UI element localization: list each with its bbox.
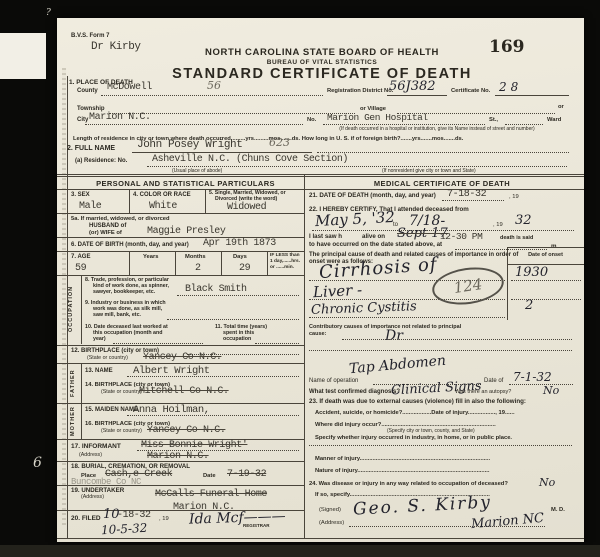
industry-rule [167, 319, 299, 320]
last-worked-rule [113, 343, 203, 344]
city-rule [85, 124, 303, 125]
section-rule-top [57, 174, 584, 175]
margin-mark-left: 6 [33, 455, 42, 471]
occurred-rule [455, 249, 547, 250]
occurred-label: to have occurred on the date stated abov… [309, 242, 442, 249]
informant-address-label: (Address) [79, 453, 102, 459]
filed-date-hand: 10-5-32 [101, 522, 148, 536]
form-bottom-border [57, 538, 584, 539]
scan-corner-patch [0, 33, 46, 79]
certificate-rule [495, 95, 569, 96]
county-value: McDowell [107, 83, 152, 93]
occupation-side-label: OCCUPATION [68, 277, 74, 341]
contributory-hand: Dr [385, 329, 403, 343]
race-label: 4. COLOR OR RACE [133, 192, 191, 199]
attended-from-hand: May 5, '32 [315, 210, 396, 229]
mother-state-label: (State or country) [101, 429, 142, 435]
cell-divider [221, 251, 222, 275]
physician-signature: Geo. S. Kirby [353, 494, 493, 518]
last-worked-label-3: year) [93, 337, 106, 343]
cause-line-3-onset-hand: 2 [525, 299, 533, 312]
cell-divider [205, 189, 206, 213]
spouse-label-2: HUSBAND of [89, 223, 126, 230]
onset-rule-1 [511, 280, 581, 281]
address-label: (Address) [319, 520, 344, 526]
registrar-signature: Ida Mcf——— [189, 509, 286, 526]
occupation-question: 24. Was disease or injury in any way rel… [309, 481, 508, 487]
age-years-label: Years [143, 254, 158, 260]
mother-name-rule [127, 415, 299, 416]
contributory-label-2: cause: [309, 331, 326, 337]
doctor-annotation: Dr Kirby [91, 42, 141, 53]
father-name-value: Albert Wright [133, 366, 210, 377]
mother-birthplace-value: Yancey Co N.C. [147, 426, 225, 436]
dob-value: Apr 19th 1873 [203, 239, 276, 249]
cell-divider [175, 251, 176, 275]
operation-hand: Tap Abdomen [349, 354, 447, 376]
st-label: St., [489, 117, 498, 123]
md-label: M. D. [551, 507, 565, 513]
autopsy-hand: No [543, 385, 559, 396]
father-birthplace-value: Mitchell Co N.C. [139, 387, 229, 397]
or-label: or [558, 104, 564, 110]
full-name-pencil-code: 623 [269, 137, 290, 148]
page-number: 169 [489, 38, 525, 57]
contributory-rule-2 [309, 350, 572, 351]
filed-label: 20. FILED [71, 515, 101, 522]
age-months-value: 2 [195, 264, 201, 274]
sex-label: 3. SEX [71, 192, 90, 199]
undertaker-value: McCalls Funeral Home [155, 490, 267, 500]
margin-mark-top: ? [46, 8, 51, 18]
marital-value: Widowed [227, 203, 266, 213]
burial-date-label: Date [203, 473, 216, 479]
cause-rule-3 [309, 317, 505, 318]
certificate-title: STANDARD CERTIFICATE OF DEATH [137, 67, 507, 83]
row-rule [57, 213, 304, 214]
spouse-label-1: 5a. If married, widowed, or divorced [71, 216, 170, 222]
filed-date-value: -18-32 [117, 511, 151, 521]
mother-strip-divider [81, 403, 82, 439]
district-rule [387, 95, 447, 96]
operation-date-rule [509, 384, 573, 385]
full-name-rule-2 [317, 152, 569, 153]
if-less-label-3: or ......min. [270, 265, 294, 270]
if-less-label-1: IF LESS than [270, 253, 300, 258]
org-name: NORTH CAROLINA STATE BOARD OF HEALTH [157, 48, 487, 58]
street-no-label: No. [307, 117, 316, 123]
city-value: Marion N.C. [89, 113, 151, 123]
row-rule [57, 345, 304, 346]
certificate-no-value: 28 [499, 81, 522, 93]
residence-rule [147, 166, 567, 167]
alive-on-label: alive on [362, 234, 385, 241]
mother-name-label: 15. MAIDEN NAME [85, 407, 138, 414]
onset-box-label: Date of onset [507, 252, 584, 258]
full-name-rule [132, 152, 312, 153]
attended-to-year-hand: 32 [515, 214, 532, 227]
manner-line: Manner of injury........................… [315, 456, 490, 462]
dod-value: 7-18-32 [447, 190, 486, 200]
registration-district-value: 56J382 [389, 80, 436, 93]
onset-box-top [507, 247, 584, 248]
address-hand: Marion NC [471, 512, 545, 531]
father-name-rule [127, 376, 299, 377]
occupation-answer-hand: No [539, 477, 555, 488]
informant-label: 17. INFORMANT [71, 443, 121, 450]
father-strip-divider [81, 363, 82, 403]
scan-background: ? 6 B.V.S. Form 7 Dr Kirby NORTH CAROLIN… [0, 0, 600, 557]
row-rule [57, 275, 304, 276]
total-time-rule [255, 343, 299, 344]
accident-line: Accident, suicide, or homicide?.........… [315, 410, 515, 416]
filed-year-label: , 19 [159, 516, 169, 522]
age-days-value: 29 [239, 264, 250, 274]
sex-value: Male [79, 202, 101, 212]
undertaker-address-label: (Address) [81, 495, 104, 501]
operation-date-hand: 7-1-32 [513, 371, 552, 383]
residence-value: Asheville N.C. (Chuns Cove Section) [152, 155, 348, 165]
total-time-label-3: occupation [223, 337, 251, 343]
street-rule [323, 124, 485, 125]
cell-divider [129, 251, 130, 275]
full-name-label: 2. FULL NAME [67, 145, 115, 153]
to-year-label: , 19 [493, 222, 503, 228]
last-saw-label: I last saw h [309, 234, 342, 241]
trade-rule [177, 295, 299, 296]
cause-line-1-onset-hand: 1930 [515, 266, 548, 279]
burial-date-value: 7-19-32 [227, 470, 266, 480]
ward-rule [505, 124, 543, 125]
trade-value: Black Smith [185, 285, 247, 295]
residence-label: (a) Residence: No. [75, 158, 127, 165]
registration-district-label: Registration District No. [327, 88, 393, 94]
county-rule [101, 95, 323, 96]
operation-date-label: Date of [484, 378, 503, 385]
race-value: White [149, 202, 177, 212]
mother-side-label: MOTHER [70, 405, 76, 437]
personal-section-title: PERSONAL AND STATISTICAL PARTICULARS [67, 180, 304, 188]
county-label: County [77, 88, 98, 95]
external-label: 23. If death was due to external causes … [309, 399, 526, 406]
where-note: (Specify city or town, county, and State… [387, 429, 475, 435]
section-rule-bottom [57, 189, 584, 190]
scan-bottom-strip [0, 545, 600, 557]
medical-section-title: MEDICAL CERTIFICATE OF DEATH [304, 180, 580, 188]
age-years-value: 59 [75, 264, 86, 274]
cause-line-2-hand: Liver - [313, 283, 363, 301]
father-name-label: 13. NAME [85, 368, 113, 375]
section-rule-top-2 [57, 176, 584, 177]
autopsy-label: Was there an autopsy? [455, 389, 511, 395]
test-label: What test confirmed diagnosis? [309, 389, 400, 396]
margin-instruction-strip [62, 68, 66, 528]
spouse-value: Maggie Presley [147, 227, 225, 237]
onset-rule-2 [511, 299, 581, 300]
row-rule [57, 485, 304, 486]
death-said-label: death is said [500, 235, 533, 241]
dob-label: 6. DATE OF BIRTH (month, day, and year) [71, 242, 189, 249]
code-stamp-value: 124 [453, 277, 483, 296]
certificate-no-label: Certificate No. [451, 88, 490, 94]
industry-label-3: saw mill, bank, etc. [93, 313, 141, 319]
operation-label: Name of operation [309, 378, 358, 385]
form-id: B.V.S. Form 7 [71, 33, 109, 40]
if-less-label-2: 1 day,......hrs. [270, 259, 300, 264]
age-days-label: Days [233, 254, 247, 260]
father-side-label: FATHER [70, 365, 76, 401]
dod-label: 21. DATE OF DEATH (month, day, and year) [309, 193, 436, 200]
row-rule [57, 363, 304, 364]
death-certificate-page: B.V.S. Form 7 Dr Kirby NORTH CAROLINA ST… [57, 18, 584, 542]
code-stamp-circle: 124 [430, 263, 506, 309]
birthplace-state-label: (State or country) [87, 356, 128, 362]
cell-divider [267, 251, 268, 275]
mother-name-value: Anna Hoilman, [133, 405, 210, 416]
signed-label: (Signed) [319, 507, 341, 513]
county-pencil-code: 56 [207, 80, 221, 91]
birthplace-value: Yancey Co N.C. [143, 353, 221, 363]
institution-note: (If death occurred in a hospital or inst… [297, 127, 577, 133]
registrar-label: REGISTRAR [243, 524, 270, 529]
age-months-label: Months [185, 254, 206, 260]
contributory-rule-1 [342, 339, 572, 340]
ward-label: Ward [547, 117, 561, 123]
institution-value: Marion Gen Hospital [327, 113, 428, 123]
city-label: City [77, 117, 88, 124]
dod-year-label: , 19 [509, 194, 519, 200]
nature-line: Nature of injury........................… [315, 468, 489, 474]
full-name-value: John Posey Wright [137, 140, 242, 151]
occupation-strip-divider [81, 275, 82, 344]
age-label: 7. AGE [71, 254, 90, 261]
industry-note: Specify whether injury occurred in indus… [315, 435, 512, 441]
injury-rule [309, 445, 572, 446]
column-divider [304, 174, 305, 538]
time-of-death-value: 12-30 PM [440, 232, 482, 242]
father-state-label: (State or country) [101, 390, 142, 396]
spouse-label-3: (or) WIFE of [89, 230, 122, 236]
row-rule [57, 461, 304, 462]
dod-rule [442, 200, 504, 201]
trade-label-3: sawyer, bookkeeper, etc. [93, 290, 155, 296]
cell-divider [129, 189, 130, 213]
cause-line-3-hand: Chronic Cystitis [311, 300, 417, 317]
